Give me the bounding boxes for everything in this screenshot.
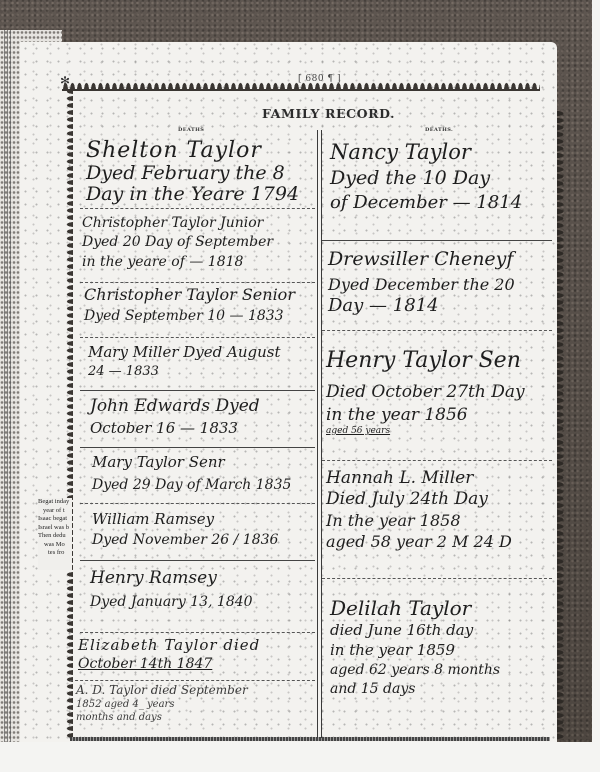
bottom-decorative-border (70, 737, 550, 741)
entry-separator (80, 447, 315, 448)
entry-separator (80, 208, 315, 209)
death-entry: Drewsiller Cheneyf Dyed December the 20 … (328, 250, 515, 315)
entry-line: John Edwards Dyed (90, 398, 260, 415)
entry-separator (80, 282, 315, 283)
scrap-line: Then dedu (38, 532, 72, 541)
entry-separator (80, 337, 315, 338)
entry-line: Dyed 29 Day of March 1835 (92, 478, 291, 492)
entry-line: Dyed January 13, 1840 (90, 595, 253, 609)
death-entry: John Edwards Dyed October 16 — 1833 (90, 398, 260, 436)
entry-line: Nancy Taylor (330, 142, 522, 163)
death-entry: Hannah L. Miller Died July 24th Day In t… (326, 470, 512, 550)
entry-line: Died October 27th Day (326, 384, 525, 401)
entry-line: Day — 1814 (328, 297, 515, 315)
death-entry: Nancy Taylor Dyed the 10 Day of December… (330, 142, 522, 212)
entry-line: Henry Taylor Sen (326, 350, 525, 372)
left-column-header: DEATHS (178, 127, 204, 133)
entry-line: 24 — 1833 (88, 365, 281, 378)
entry-line: Shelton Taylor (86, 140, 299, 162)
entry-line: Dyed 20 Day of September (82, 235, 273, 249)
death-entry: Christopher Taylor Senior Dyed September… (84, 287, 295, 323)
entry-line: Dyed December the 20 (328, 277, 515, 293)
death-entry: Christopher Taylor Junior Dyed 20 Day of… (82, 216, 273, 269)
entry-line: A. D. Taylor died September (76, 684, 248, 696)
death-entry: Delilah Taylor died June 16th day in the… (330, 598, 500, 696)
entry-line: Drewsiller Cheneyf (328, 250, 515, 269)
entry-line: Elizabeth Taylor died (78, 638, 260, 653)
entry-line: Henry Ramsey (90, 570, 253, 587)
death-entry: Mary Taylor Senr Dyed 29 Day of March 18… (92, 455, 291, 492)
entry-line: Day in the Yeare 1794 (86, 185, 299, 204)
column-divider (317, 130, 322, 738)
death-entry: Henry Ramsey Dyed January 13, 1840 (90, 570, 253, 609)
entry-separator (80, 390, 315, 391)
death-entry: Shelton Taylor Dyed February the 8 Day i… (86, 140, 299, 204)
entry-line: Hannah L. Miller (326, 470, 512, 487)
entry-line: Christopher Taylor Junior (82, 216, 273, 230)
right-decorative-border (557, 110, 566, 740)
death-entry: Elizabeth Taylor died October 14th 1847 (78, 638, 260, 671)
scrap-line: Isaac begat (38, 515, 72, 524)
entry-line: aged 58 year 2 M 24 D (326, 534, 512, 550)
entry-separator (322, 330, 552, 331)
entry-line: aged 62 years 8 months (330, 663, 500, 677)
entry-separator (322, 460, 552, 461)
scrap-line: year of t (38, 507, 72, 516)
page-title: FAMILY RECORD. (262, 106, 395, 121)
entry-line: died June 16th day (330, 623, 500, 638)
entry-line: and 15 days (330, 682, 500, 696)
entry-line: William Ramsey (92, 512, 278, 527)
entry-separator (80, 632, 315, 633)
entry-separator (80, 503, 315, 504)
top-decorative-border (62, 80, 540, 89)
entry-line: months and days (76, 713, 248, 723)
entry-line: Delilah Taylor (330, 598, 500, 618)
scrap-line: Begat inday (38, 498, 72, 507)
entry-line: In the year 1858 (326, 513, 512, 529)
death-entry: Mary Miller Dyed August 24 — 1833 (88, 345, 281, 378)
entry-line: October 14th 1847 (78, 657, 260, 671)
printed-bible-text-scrap: Begat inday year of t Isaac begat Israel… (38, 498, 72, 570)
death-entry: William Ramsey Dyed November 26 / 1836 (92, 512, 278, 547)
entry-line: Dyed September 10 — 1833 (84, 309, 295, 323)
death-entry: Henry Taylor Sen Died October 27th Day i… (326, 350, 525, 436)
entry-line: aged 56 years (326, 427, 525, 436)
entry-separator (322, 240, 552, 241)
entry-line: Dyed February the 8 (86, 164, 299, 183)
scan-bottom-margin (0, 742, 600, 772)
entry-separator (80, 560, 315, 561)
entry-line: 1852 aged 4_ years (76, 700, 248, 710)
scrap-line: tes fro (38, 549, 72, 558)
entry-line: in the yeare of — 1818 (82, 255, 273, 269)
entry-line: Mary Taylor Senr (92, 455, 291, 470)
death-entry: A. D. Taylor died September 1852 aged 4_… (76, 684, 248, 723)
entry-line: of December — 1814 (330, 194, 522, 212)
entry-line: Died July 24th Day (326, 491, 512, 508)
scrap-line: was Mo (38, 541, 72, 550)
entry-separator (322, 578, 552, 579)
scrap-line: Israel was b (38, 524, 72, 533)
left-decorative-border (64, 88, 73, 740)
right-column-header: DEATHS. (425, 127, 453, 133)
entry-line: Dyed November 26 / 1836 (92, 533, 278, 547)
entry-line: Mary Miller Dyed August (88, 345, 281, 360)
entry-line: October 16 — 1833 (90, 421, 260, 436)
entry-line: in the year 1859 (330, 643, 500, 658)
entry-line: Dyed the 10 Day (330, 169, 522, 188)
entry-line: Christopher Taylor Senior (84, 287, 295, 303)
entry-separator (70, 680, 315, 681)
entry-line: in the year 1856 (326, 407, 525, 424)
